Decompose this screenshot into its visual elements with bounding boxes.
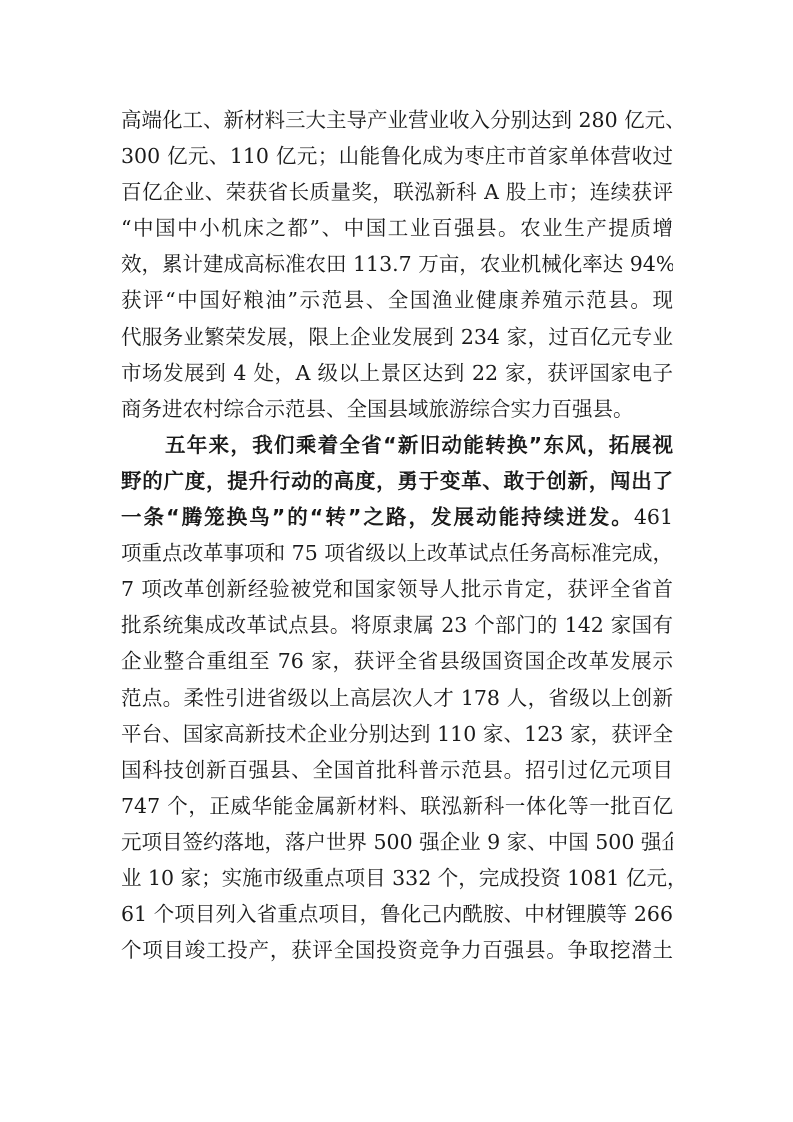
text-line: 业 10 家；实施市级重点项目 332 个，完成投资 1081 亿元， <box>121 860 673 896</box>
text-line: “中国中小机床之都”、中国工业百强县。农业生产提质增 <box>121 210 673 246</box>
text-line: 批系统集成改革试点县。将原隶属 23 个部门的 142 家国有 <box>121 607 673 643</box>
bold-lead-tail: 一条“腾笼换鸟”的“转”之路，发展动能持续迸发。 <box>121 505 634 529</box>
text-line: 高端化工、新材料三大主导产业营业收入分别达到 280 亿元、 <box>121 102 673 138</box>
text-line: 百亿企业、荣获省长质量奖，联泓新科 A 股上市；连续获评 <box>121 174 673 210</box>
text-line: 企业整合重组至 76 家，获评全省县级国资国企改革发展示 <box>121 643 673 679</box>
paragraph-reform-momentum: 五年来，我们乘着全省“新旧动能转换”东风，拓展视 野的广度，提升行动的高度，勇于… <box>121 427 673 968</box>
text-line: 市场发展到 4 处，A 级以上景区达到 22 家，获评国家电子 <box>121 355 673 391</box>
text-line: 平台、国家高新技术企业分别达到 110 家、123 家，获评全 <box>121 716 673 752</box>
bold-lead-line: 五年来，我们乘着全省“新旧动能转换”东风，拓展视 <box>121 427 673 463</box>
bold-lead-line: 野的广度，提升行动的高度，勇于变革、敢于创新，闯出了 <box>121 463 673 499</box>
text-line: 代服务业繁荣发展，限上企业发展到 234 家，过百亿元专业 <box>121 319 673 355</box>
document-page: 高端化工、新材料三大主导产业营业收入分别达到 280 亿元、 300 亿元、11… <box>121 102 673 968</box>
text-line: 范点。柔性引进省级以上高层次人才 178 人，省级以上创新 <box>121 680 673 716</box>
text-line: 300 亿元、110 亿元；山能鲁化成为枣庄市首家单体营收过 <box>121 138 673 174</box>
text-line: 获评“中国好粮油”示范县、全国渔业健康养殖示范县。现 <box>121 282 673 318</box>
text-line: 元项目签约落地，落户世界 500 强企业 9 家、中国 500 强企 <box>121 824 673 860</box>
number-text: 461 <box>634 505 673 529</box>
text-line: 项重点改革事项和 75 项省级以上改革试点任务高标准完成， <box>121 535 673 571</box>
text-line: 61 个项目列入省重点项目，鲁化己内酰胺、中材锂膜等 266 <box>121 896 673 932</box>
text-line: 个项目竣工投产，获评全国投资竞争力百强县。争取挖潜土 <box>121 932 673 968</box>
paragraph-economy-results: 高端化工、新材料三大主导产业营业收入分别达到 280 亿元、 300 亿元、11… <box>121 102 673 427</box>
text-line: 7 项改革创新经验被党和国家领导人批示肯定，获评全省首 <box>121 571 673 607</box>
text-line: 效，累计建成高标准农田 113.7 万亩，农业机械化率达 94%， <box>121 246 673 282</box>
text-line: 商务进农村综合示范县、全国县域旅游综合实力百强县。 <box>121 391 673 427</box>
mixed-line: 一条“腾笼换鸟”的“转”之路，发展动能持续迸发。461 <box>121 499 673 535</box>
text-line: 747 个，正威华能金属新材料、联泓新科一体化等一批百亿 <box>121 788 673 824</box>
text-line: 国科技创新百强县、全国首批科普示范县。招引过亿元项目 <box>121 752 673 788</box>
